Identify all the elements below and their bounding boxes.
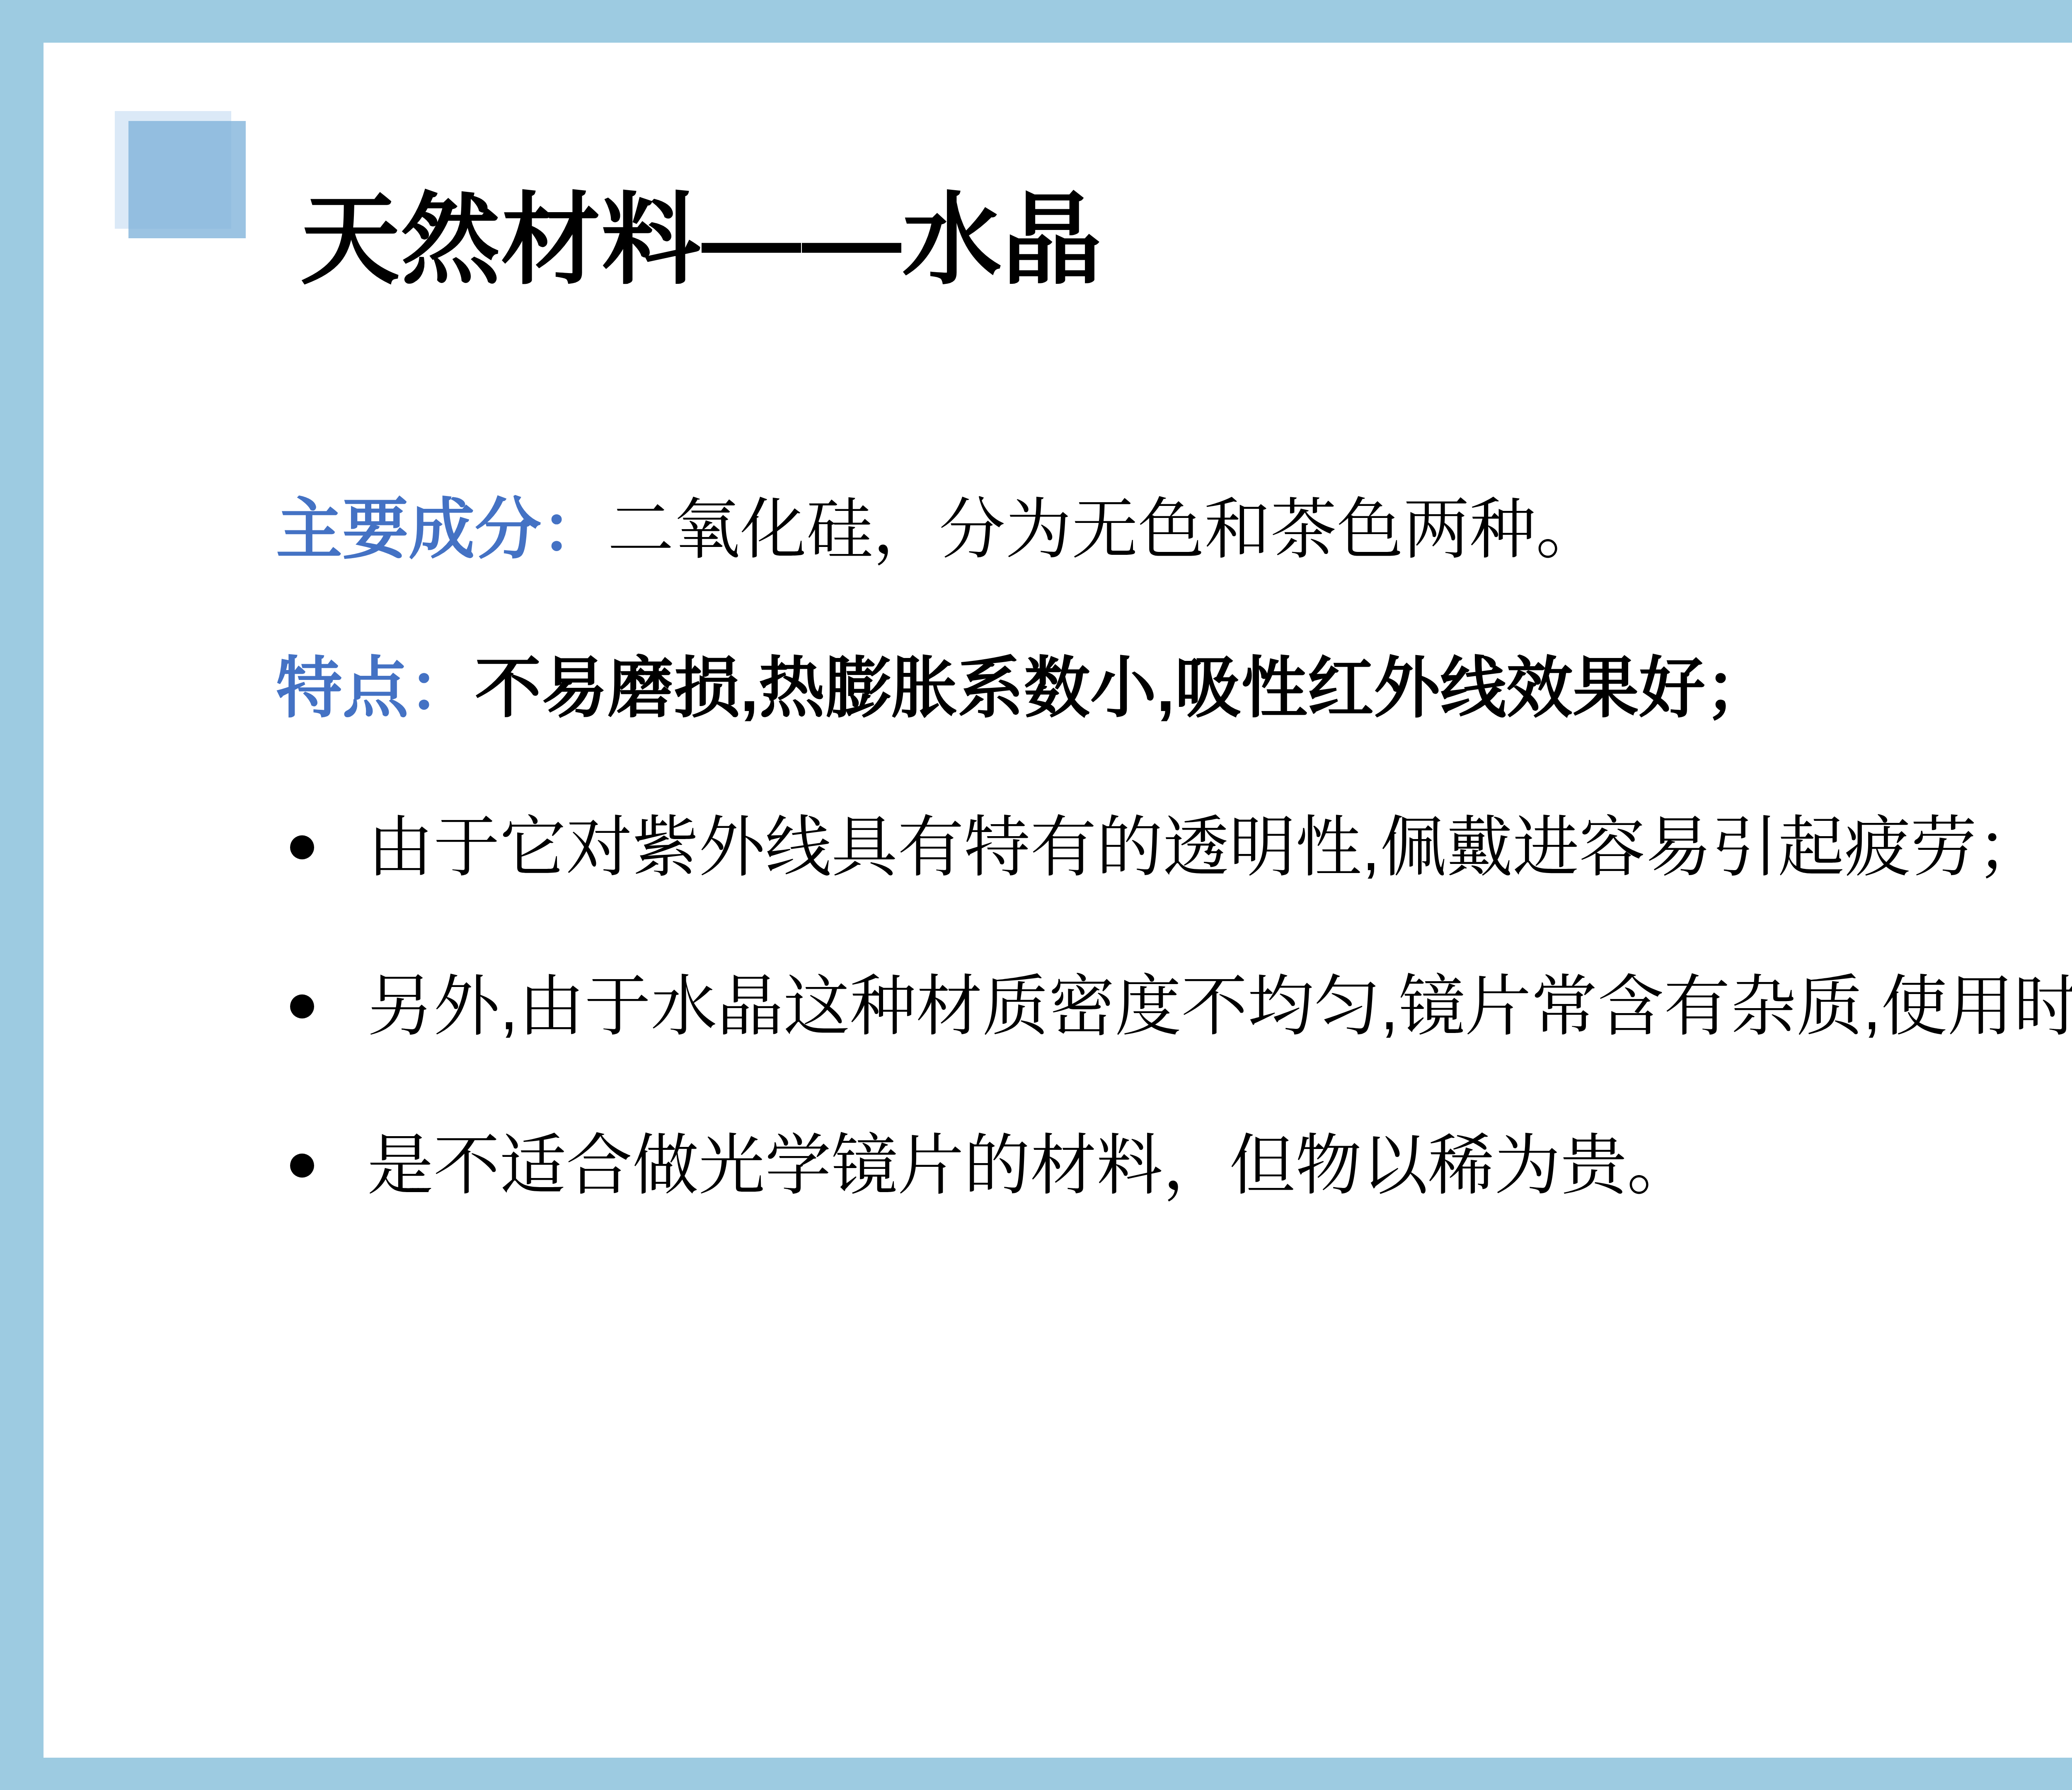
bullet-text: 是不适合做光学镜片的材料，但物以稀为贵。 xyxy=(367,1132,1693,1199)
bullet-item-uv-transparency: 由于它对紫外线具有特有的透明性,佩戴进容易引起疲劳； xyxy=(290,814,2043,880)
slide-page: { "slide": { "colors": { "frame": "#9DCB… xyxy=(0,0,2072,1790)
bullet-dot-icon xyxy=(290,1154,314,1178)
composition-label: 主要成分： xyxy=(276,492,608,566)
bullet-text: 由于它对紫外线具有特有的透明性,佩戴进容易引起疲劳； xyxy=(367,814,2043,880)
composition-line: 主要成分：二氧化硅，分为无色和茶色两种。 xyxy=(276,496,1602,563)
title-decoration-front-square xyxy=(128,121,246,238)
composition-text: 二氧化硅，分为无色和茶色两种。 xyxy=(608,492,1602,566)
bullet-dot-icon xyxy=(290,994,314,1018)
features-label: 特点： xyxy=(276,651,475,725)
features-line: 特点：不易磨损,热膨胀系数小,吸性红外线效果好； xyxy=(276,655,1772,721)
features-text: 不易磨损,热膨胀系数小,吸性红外线效果好； xyxy=(475,651,1772,725)
bullet-item-density-birefringence: 另外,由于水晶这种材质密度不均匀,镜片常含有杂质,使用时容易产生双折射现象； xyxy=(290,973,2072,1040)
slide-title: 天然材料——水晶 xyxy=(300,190,1103,290)
bullet-item-not-suitable: 是不适合做光学镜片的材料，但物以稀为贵。 xyxy=(290,1132,1693,1199)
bullet-dot-icon xyxy=(290,835,314,859)
bullet-text: 另外,由于水晶这种材质密度不均匀,镜片常含有杂质,使用时容易产生双折射现象； xyxy=(367,973,2072,1040)
slide-canvas: 天然材料——水晶 主要成分：二氧化硅，分为无色和茶色两种。 特点：不易磨损,热膨… xyxy=(44,43,2072,1758)
